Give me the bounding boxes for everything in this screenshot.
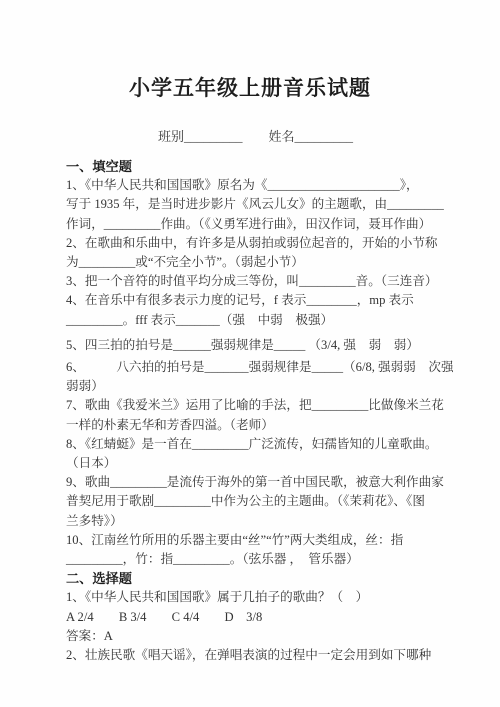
q9-line-2: 普契尼用于歌剧_________中作为公主的主题曲。（《茉莉花》、《图: [66, 492, 460, 511]
q10-line-1: 10、江南丝竹所用的乐器主要由“丝”“竹”两大类组成，丝：指: [66, 531, 460, 550]
q4-line-1: 4、在音乐中有很多表示力度的记号，f 表示________，mp 表示: [66, 291, 460, 310]
q6-line-1: 6、 八六拍的拍号是_______强弱规律是_____（6/8, 强弱弱 次强: [66, 358, 460, 377]
mc-q1-line: 1、《中华人民共和国国歌》属于几拍子的歌曲？（ ）: [66, 588, 460, 607]
q10-line-2: _________，竹：指_________。（弦乐器 ， 管乐器）: [66, 550, 460, 569]
mc-q1-options: A 2/4 B 3/4 C 4/4 D 3/8: [66, 608, 460, 627]
q7-line-2: 一样的朴素无华和芳香四溢。（老师）: [66, 416, 460, 435]
test-paper-page: 小学五年级上册音乐试题 班别_________ 姓名_________ 一、填空…: [0, 0, 500, 707]
student-info-row: 班别_________ 姓名_________: [158, 126, 500, 145]
q9-line-3: 兰多特》）: [66, 512, 460, 531]
fill-section-heading: 一、填空题: [66, 157, 460, 176]
q2-line-2: 为_________或“不完全小节”。（弱起小节）: [66, 253, 460, 272]
q7-line-1: 7、歌曲《我爱米兰》运用了比喻的手法，把_________比做像米兰花: [66, 396, 460, 415]
paper-body: 一、填空题 1、《中华人民共和国国歌》原名为《_________________…: [66, 157, 460, 665]
q8-line-2: （日本）: [66, 454, 460, 473]
q1-line-1: 1、《中华人民共和国国歌》原名为《_____________________》，: [66, 176, 460, 195]
choice-section-heading: 二、选择题: [66, 569, 460, 588]
q8-line-1: 8、《红蜻蜓》是一首在_________广泛流传，妇孺皆知的儿童歌曲。: [66, 435, 460, 454]
mc-q2-line: 2、壮族民歌《唱天谣》，在弹唱表演的过程中一定会用到如下哪种: [66, 646, 460, 665]
mc-q1-answer: 答案：A: [66, 627, 460, 646]
q2-line-1: 2、在歌曲和乐曲中，有许多是从弱拍或弱位起音的，开始的小节称: [66, 234, 460, 253]
q1-line-2: 写于 1935 年，是当时进步影片《风云儿女》的主题歌，由_________: [66, 195, 460, 214]
q3-line: 3、把一个音符的时值平均分成三等份，叫_________音。（三连音）: [66, 272, 460, 291]
q1-line-3: 作词，_________作曲。（《义勇军进行曲》，田汉作词，聂耳作曲）: [66, 215, 460, 234]
q9-line-1: 9、歌曲_________是流传于海外的第一首中国民歌，被意大利作曲家: [66, 473, 460, 492]
name-field: 姓名_________: [269, 126, 354, 145]
class-field: 班别_________: [158, 126, 243, 145]
q5-line: 5、四三拍的拍号是______强弱规律是_____ （3/4, 强 弱 弱）: [66, 336, 460, 355]
q6-line-2: 弱弱）: [66, 377, 460, 396]
page-title: 小学五年级上册音乐试题: [0, 0, 500, 102]
q4-line-2: _________。fff 表示_______（强 中弱 极强）: [66, 311, 460, 330]
